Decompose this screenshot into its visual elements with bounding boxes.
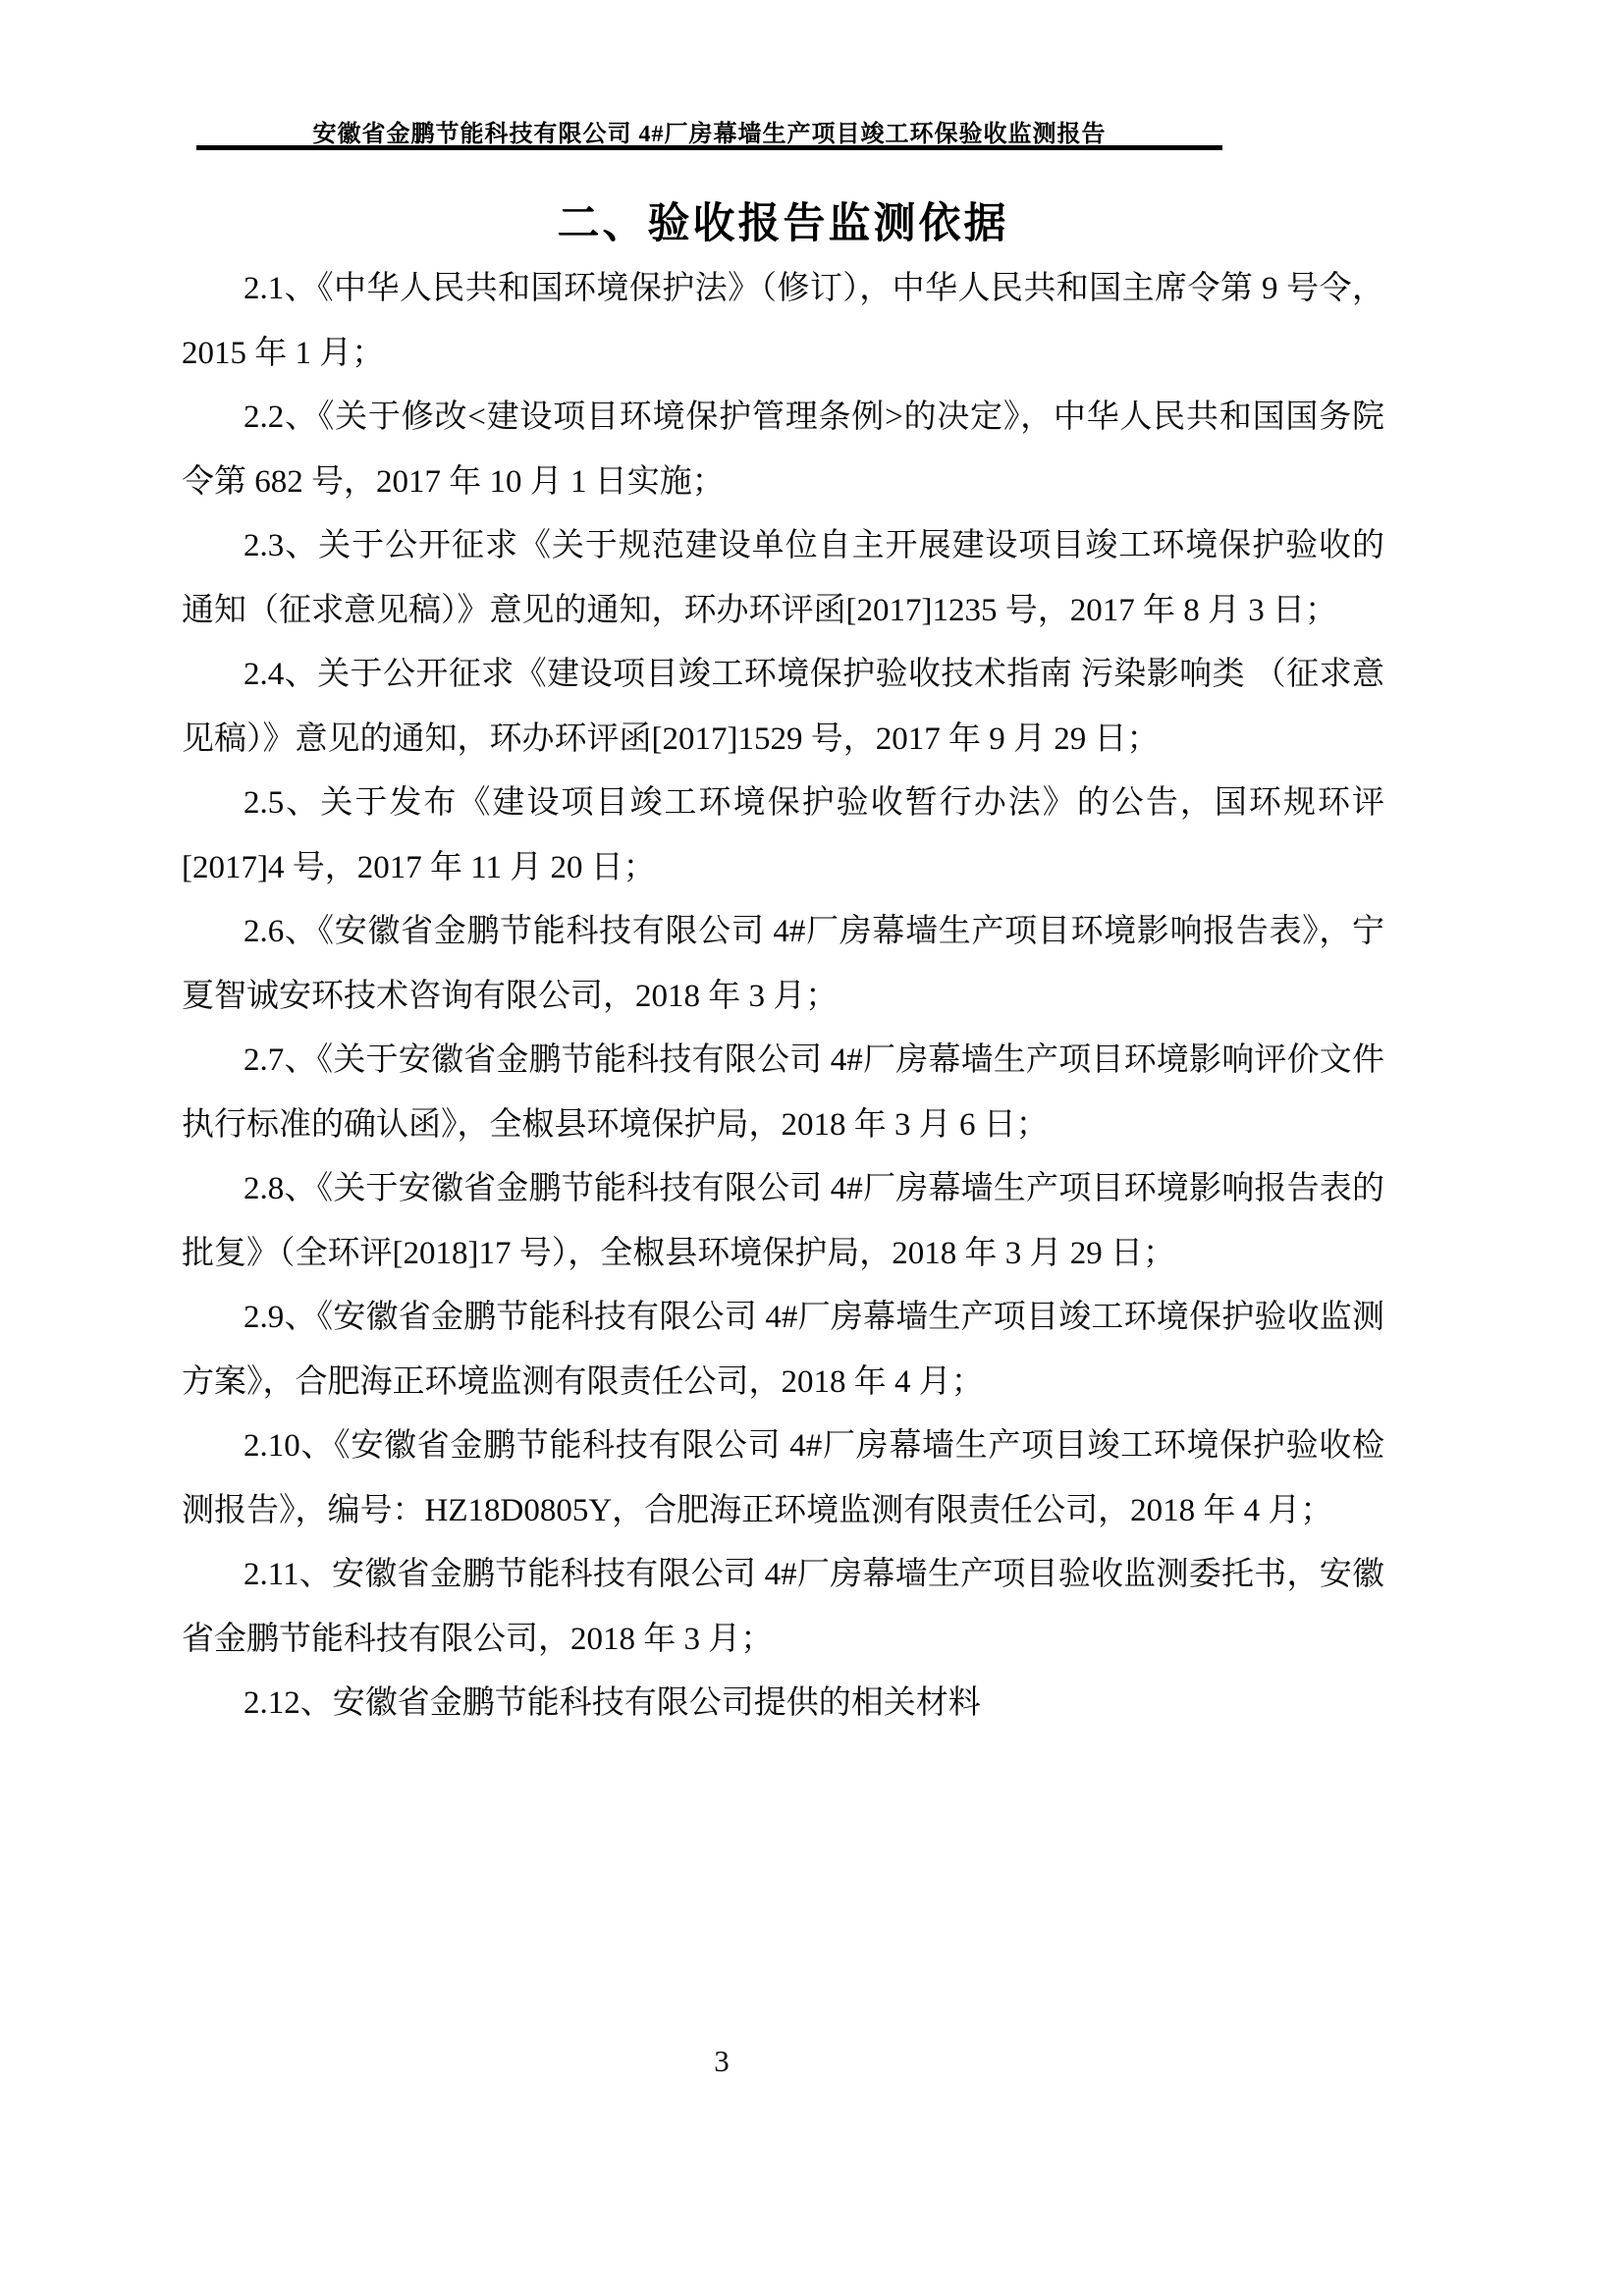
paragraph-2-9: 2.9、《安徽省金鹏节能科技有限公司 4#厂房幕墙生产项目竣工环境保护验收监测方… bbox=[182, 1286, 1384, 1415]
section-title: 二、验收报告监测依据 bbox=[182, 190, 1384, 250]
paragraph-2-10: 2.10、《安徽省金鹏节能科技有限公司 4#厂房幕墙生产项目竣工环境保护验收检测… bbox=[182, 1415, 1384, 1543]
page-header-title: 安徽省金鹏节能科技有限公司 4#厂房幕墙生产项目竣工环保验收监测报告 bbox=[196, 114, 1222, 148]
paragraph-2-2: 2.2、《关于修改<建设项目环境保护管理条例>的决定》，中华人民共和国国务院令第… bbox=[182, 386, 1384, 514]
paragraph-2-6: 2.6、《安徽省金鹏节能科技有限公司 4#厂房幕墙生产项目环境影响报告表》，宁夏… bbox=[182, 900, 1384, 1029]
document-page: 安徽省金鹏节能科技有限公司 4#厂房幕墙生产项目竣工环保验收监测报告 二、验收报… bbox=[0, 0, 1624, 2296]
paragraph-2-8: 2.8、《关于安徽省金鹏节能科技有限公司 4#厂房幕墙生产项目环境影响报告表的批… bbox=[182, 1157, 1384, 1286]
paragraph-2-5: 2.5、关于发布《建设项目竣工环境保护验收暂行办法》的公告，国环规环评[2017… bbox=[182, 772, 1384, 900]
paragraph-2-1: 2.1、《中华人民共和国环境保护法》（修订），中华人民共和国主席令第 9 号令，… bbox=[182, 257, 1384, 386]
header-rule bbox=[196, 145, 1222, 150]
paragraph-2-12: 2.12、安徽省金鹏节能科技有限公司提供的相关材料 bbox=[182, 1672, 1384, 1736]
paragraph-2-3: 2.3、关于公开征求《关于规范建设单位自主开展建设项目竣工环境保护验收的通知（征… bbox=[182, 514, 1384, 643]
page-number: 3 bbox=[182, 2044, 1262, 2079]
paragraph-2-11: 2.11、安徽省金鹏节能科技有限公司 4#厂房幕墙生产项目验收监测委托书，安徽省… bbox=[182, 1543, 1384, 1672]
paragraph-2-7: 2.7、《关于安徽省金鹏节能科技有限公司 4#厂房幕墙生产项目环境影响评价文件执… bbox=[182, 1029, 1384, 1157]
document-body: 2.1、《中华人民共和国环境保护法》（修订），中华人民共和国主席令第 9 号令，… bbox=[182, 257, 1384, 1736]
paragraph-2-4: 2.4、关于公开征求《建设项目竣工环境保护验收技术指南 污染影响类 （征求意见稿… bbox=[182, 643, 1384, 772]
